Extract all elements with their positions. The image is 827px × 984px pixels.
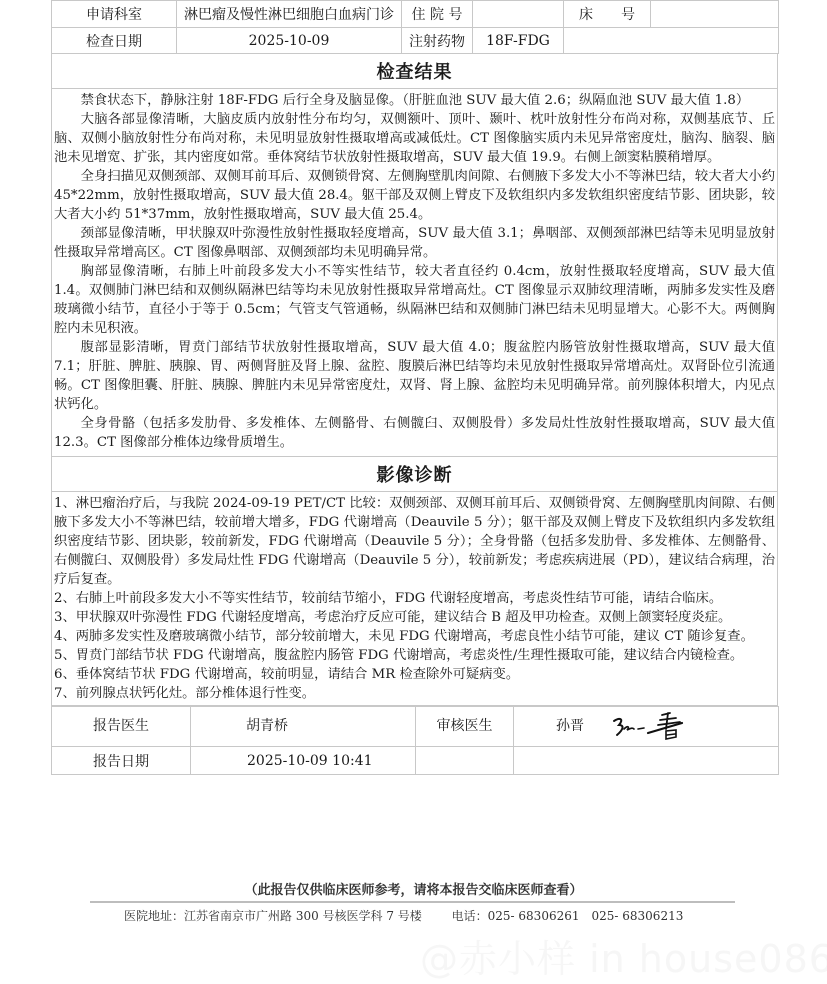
empty-cell [416, 747, 514, 775]
report-page: 申请科室 淋巴瘤及慢性淋巴细胞白血病门诊 住 院 号 床 号 检查日期 2025… [51, 0, 778, 775]
tracer-label: 注射药物 [402, 28, 473, 54]
hospital-address: 医院地址：江苏省南京市广州路 300 号核医学科 7 号楼 [124, 909, 422, 923]
report-date-label: 报告日期 [52, 747, 191, 775]
signature-table: 报告医生 胡青桥 审核医生 孙晋 报告日期 2025-10-09 10:41 [51, 706, 779, 775]
diagnosis-body: 1、淋巴瘤治疗后，与我院 2024-09-19 PET/CT 比较：双侧颈部、双… [51, 492, 778, 706]
date-row: 报告日期 2025-10-09 10:41 [52, 747, 779, 775]
findings-paragraph: 胸部显像清晰，右肺上叶前段多发大小不等实性结节，较大者直径约 0.4cm，放射性… [54, 262, 775, 338]
findings-paragraph: 大脑各部显像清晰，大脑皮质内放射性分布均匀，双侧额叶、顶叶、颞叶、枕叶放射性分布… [54, 110, 775, 167]
bed-no-label: 床 号 [564, 1, 651, 28]
disclaimer: （此报告仅供临床医师参考，请将本报告交临床医师查看） [0, 879, 827, 898]
empty-cell [564, 28, 779, 54]
findings-paragraph: 腹部显影清晰，胃贲门部结节状放射性摄取增高，SUV 最大值 4.0；腹盆腔内肠管… [54, 338, 775, 414]
hospital-address-line: 医院地址：江苏省南京市广州路 300 号核医学科 7 号楼 电话：025- 68… [124, 907, 683, 924]
diagnosis-item: 5、胃贲门部结节状 FDG 代谢增高，腹盆腔内肠管 FDG 代谢增高，考虑炎性/… [54, 646, 775, 665]
inpatient-no-label: 住 院 号 [402, 1, 473, 28]
dept-label: 申请科室 [52, 1, 177, 28]
report-doctor-value: 胡青桥 [191, 707, 416, 747]
report-date-value: 2025-10-09 10:41 [191, 747, 416, 775]
diagnosis-item: 7、前列腺点状钙化灶。部分椎体退行性变。 [54, 684, 775, 703]
signature-icon [610, 711, 700, 743]
exam-date-value: 2025-10-09 [177, 28, 402, 54]
exam-date-label: 检查日期 [52, 28, 177, 54]
findings-paragraph: 颈部显像清晰，甲状腺双叶弥漫性放射性摄取轻度增高，SUV 最大值 3.1；鼻咽部… [54, 224, 775, 262]
diagnosis-item: 2、右肺上叶前段多发大小不等实性结节，较前结节缩小，FDG 代谢轻度增高，考虑炎… [54, 589, 775, 608]
diagnosis-item: 3、甲状腺双叶弥漫性 FDG 代谢轻度增高，考虑治疗反应可能，建议结合 B 超及… [54, 608, 775, 627]
hospital-phone: 电话：025- 68306261 025- 68306213 [452, 909, 684, 923]
review-doctor-value: 孙晋 [556, 718, 584, 734]
findings-title: 检查结果 [51, 54, 778, 89]
report-doctor-label: 报告医生 [52, 707, 191, 747]
empty-cell [514, 747, 779, 775]
inpatient-no-value [473, 1, 564, 28]
patient-info-table: 申请科室 淋巴瘤及慢性淋巴细胞白血病门诊 住 院 号 床 号 检查日期 2025… [51, 0, 779, 54]
info-row-date: 检查日期 2025-10-09 注射药物 18F-FDG [52, 28, 779, 54]
diagnosis-title: 影像诊断 [51, 457, 778, 492]
footer-divider [90, 901, 735, 903]
diagnosis-item: 4、两肺多发实性及磨玻璃微小结节，部分较前增大，未见 FDG 代谢增高，考虑良性… [54, 627, 775, 646]
findings-paragraph: 全身扫描见双侧颈部、双侧耳前耳后、双侧锁骨窝、左侧胸壁肌肉间隙、右侧腋下多发大小… [54, 167, 775, 224]
info-row-dept: 申请科室 淋巴瘤及慢性淋巴细胞白血病门诊 住 院 号 床 号 [52, 1, 779, 28]
tracer-value: 18F-FDG [473, 28, 564, 54]
findings-paragraph: 全身骨骼（包括多发肋骨、多发椎体、左侧骼骨、右侧髋臼、双侧股骨）多发局灶性放射性… [54, 414, 775, 452]
diagnosis-item: 6、垂体窝结节状 FDG 代谢增高，较前明显，请结合 MR 检查除外可疑病变。 [54, 665, 775, 684]
bed-no-value [651, 1, 779, 28]
findings-body: 禁食状态下，静脉注射 18F-FDG 后行全身及脑显像。（肝脏血池 SUV 最大… [51, 89, 778, 457]
review-doctor-label: 审核医生 [416, 707, 514, 747]
doctor-row: 报告医生 胡青桥 审核医生 孙晋 [52, 707, 779, 747]
watermark: @赤小样 in house086 [420, 928, 827, 983]
dept-value: 淋巴瘤及慢性淋巴细胞白血病门诊 [177, 1, 402, 28]
findings-paragraph: 禁食状态下，静脉注射 18F-FDG 后行全身及脑显像。（肝脏血池 SUV 最大… [54, 91, 775, 110]
diagnosis-item: 1、淋巴瘤治疗后，与我院 2024-09-19 PET/CT 比较：双侧颈部、双… [54, 494, 775, 589]
review-doctor-cell: 孙晋 [514, 707, 779, 747]
